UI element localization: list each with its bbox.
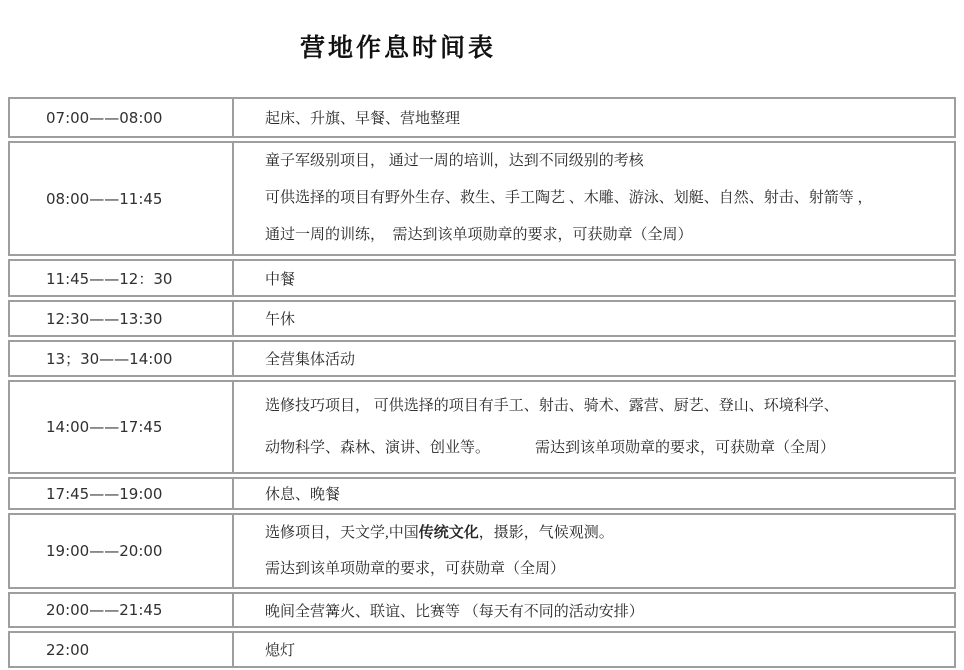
time-cell: 11:45——12：30 (10, 261, 234, 295)
time-cell: 19:00——20:00 (10, 515, 234, 587)
time-cell: 13；30——14:00 (10, 342, 234, 375)
schedule-row-1900: 19:00——20:00 选修项目，天文学,中国传统文化，摄影，气候观测。 需达… (8, 513, 956, 589)
schedule-row-1230: 12:30——13:30 午休 (8, 300, 956, 337)
activity-cell: 午休 (234, 302, 954, 335)
activity-line: 熄灯 (265, 639, 944, 660)
activity-cell: 选修技巧项目， 可供选择的项目有手工、射击、骑术、露营、厨艺、登山、环境科学、 … (234, 382, 954, 472)
schedule-row-2000: 20:00——21:45 晚间全营篝火、联谊、比赛等 （每天有不同的活动安排） (8, 592, 956, 628)
time-cell: 14:00——17:45 (10, 382, 234, 472)
schedule-row-0700: 07:00——08:00 起床、升旗、早餐、营地整理 (8, 97, 956, 138)
activity-text-normal: 选修项目，天文学,中国 (265, 525, 419, 541)
activity-line: 选修项目，天文学,中国传统文化，摄影，气候观测。 (265, 515, 944, 551)
activity-cell: 休息、晚餐 (234, 479, 954, 508)
activity-line: 晚间全营篝火、联谊、比赛等 （每天有不同的活动安排） (265, 600, 944, 621)
activity-text-bold: 传统文化 (419, 525, 479, 541)
activity-line: 全营集体活动 (265, 348, 944, 369)
activity-line: 童子军级别项目， 通过一周的培训，达到不同级别的考核 (265, 143, 944, 180)
activity-line: 午休 (265, 308, 944, 329)
schedule-row-0800: 08:00——11:45 童子军级别项目， 通过一周的培训，达到不同级别的考核 … (8, 141, 956, 256)
activity-cell: 童子军级别项目， 通过一周的培训，达到不同级别的考核 可供选择的项目有野外生存、… (234, 143, 954, 254)
activity-line: 需达到该单项勋章的要求，可获勋章（全周） (265, 551, 944, 587)
activity-cell: 熄灯 (234, 633, 954, 666)
activity-line: 中餐 (265, 268, 944, 289)
schedule-row-1145: 11:45——12：30 中餐 (8, 259, 956, 297)
schedule-row-2200: 22:00 熄灯 (8, 631, 956, 668)
activity-cell: 中餐 (234, 261, 954, 295)
activity-line: 可供选择的项目有野外生存、救生、手工陶艺 、木雕、游泳、划艇、自然、射击、射箭等… (265, 180, 944, 217)
activity-line: 动物科学、森林、演讲、创业等。 需达到该单项勋章的要求，可获勋章（全周） (265, 427, 944, 469)
activity-line: 选修技巧项目， 可供选择的项目有手工、射击、骑术、露营、厨艺、登山、环境科学、 (265, 385, 944, 427)
activity-cell: 晚间全营篝火、联谊、比赛等 （每天有不同的活动安排） (234, 594, 954, 626)
activity-line: 起床、升旗、早餐、营地整理 (265, 107, 944, 128)
activity-cell: 全营集体活动 (234, 342, 954, 375)
time-cell: 20:00——21:45 (10, 594, 234, 626)
time-cell: 17:45——19:00 (10, 479, 234, 508)
activity-cell: 起床、升旗、早餐、营地整理 (234, 99, 954, 136)
time-cell: 12:30——13:30 (10, 302, 234, 335)
schedule-row-1400: 14:00——17:45 选修技巧项目， 可供选择的项目有手工、射击、骑术、露营… (8, 380, 956, 474)
activity-line: 通过一周的训练， 需达到该单项勋章的要求，可获勋章（全周） (265, 217, 944, 254)
time-cell: 07:00——08:00 (10, 99, 234, 136)
activity-cell: 选修项目，天文学,中国传统文化，摄影，气候观测。 需达到该单项勋章的要求，可获勋… (234, 515, 954, 587)
schedule-table: 07:00——08:00 起床、升旗、早餐、营地整理 08:00——11:45 … (8, 97, 956, 668)
schedule-row-1330: 13；30——14:00 全营集体活动 (8, 340, 956, 377)
time-cell: 22:00 (10, 633, 234, 666)
time-cell: 08:00——11:45 (10, 143, 234, 254)
activity-text-normal: ，摄影，气候观测。 (479, 525, 614, 541)
schedule-row-1745: 17:45——19:00 休息、晚餐 (8, 477, 956, 510)
page-title: 营地作息时间表 (300, 28, 964, 64)
activity-line: 休息、晚餐 (265, 483, 944, 504)
